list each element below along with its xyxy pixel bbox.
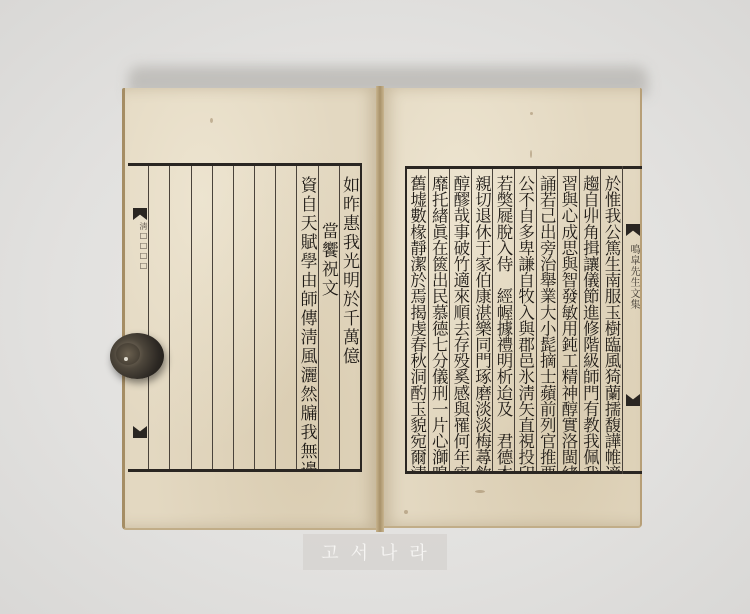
text-column: 舊墟數椽靜潔於焉揭虔春秋洞酌玉貌宛爾淸風	[407, 169, 428, 471]
fishtail-top-icon	[133, 208, 147, 220]
empty-column	[254, 166, 275, 469]
text-column: 公不自多卑謙自牧入與郡邑氷淸矢直視投印紱	[514, 169, 536, 471]
book-spine	[376, 86, 384, 532]
text-column: 親切退休于家伯康湛樂同門琢磨淡淡梅蕁飮人	[471, 169, 493, 471]
text-column: 靡托緖眞在篋出民慕德七分儀刑一片心溮鳴皐	[428, 169, 450, 471]
text-column: 當饗祝文	[318, 166, 339, 469]
empty-column	[148, 166, 169, 469]
fold-label: 鳴皐先生文集	[625, 244, 641, 310]
text-column: 習與心成思與智發敏用鈍工精神醇實洛閩緖言	[557, 169, 579, 471]
text-column: 醇醪哉事破竹適來順去存殁奚感與罹何年寓慕	[449, 169, 471, 471]
text-column: 於惟我公篤生南服玉樹臨風猗蘭擩馥譁帷適闕	[600, 169, 622, 471]
right-fold-strip: 鳴皐先生文集	[622, 166, 642, 474]
empty-column	[275, 166, 296, 469]
watermark: 고서나라	[303, 534, 447, 570]
empty-column	[169, 166, 190, 469]
right-text-columns: 於惟我公篤生南服玉樹臨風猗蘭擩馥譁帷適闕 趨自丱角揖讓儀節進修階級師門有教我佩我…	[407, 169, 622, 471]
left-fold-strip: 淸□□□□	[132, 200, 148, 440]
left-text-columns: 如昨惠我光明於千萬億 當饗祝文 資自天賦學由師傳淸風灑然牖我無邊	[128, 166, 360, 469]
empty-column	[233, 166, 254, 469]
left-print-frame: 如昨惠我光明於千萬億 當饗祝文 資自天賦學由師傳淸風灑然牖我無邊	[128, 163, 362, 472]
paper-stain	[530, 150, 532, 158]
right-print-frame: 於惟我公篤生南服玉樹臨風猗蘭擩馥譁帷適闕 趨自丱角揖讓儀節進修階級師門有教我佩我…	[405, 166, 642, 474]
text-column: 趨自丱角揖讓儀節進修階級師門有教我佩我服	[579, 169, 601, 471]
empty-column	[191, 166, 212, 469]
empty-column	[212, 166, 233, 469]
paper-stain	[210, 118, 213, 123]
fishtail-top-icon	[626, 224, 640, 236]
text-column: 若獘屣脫入侍 經幄據禮明析迨及 君德本原	[492, 169, 514, 471]
photo-scene: 如昨惠我光明於千萬億 當饗祝文 資自天賦學由師傳淸風灑然牖我無邊 淸□□□□ 於…	[0, 0, 750, 614]
paper-stain	[404, 510, 408, 514]
fishtail-bottom-icon	[133, 426, 147, 438]
fold-label: 淸□□□□	[133, 222, 149, 271]
paper-stain	[475, 490, 485, 493]
text-column: 資自天賦學由師傳淸風灑然牖我無邊	[296, 166, 317, 469]
bookmark-bead	[110, 333, 164, 379]
paper-stain	[530, 112, 533, 115]
text-column: 如昨惠我光明於千萬億	[339, 166, 360, 469]
fishtail-bottom-icon	[626, 394, 640, 406]
text-column: 誦若己出旁治舉業大小髭摘士蘋前列官推要劇	[536, 169, 558, 471]
